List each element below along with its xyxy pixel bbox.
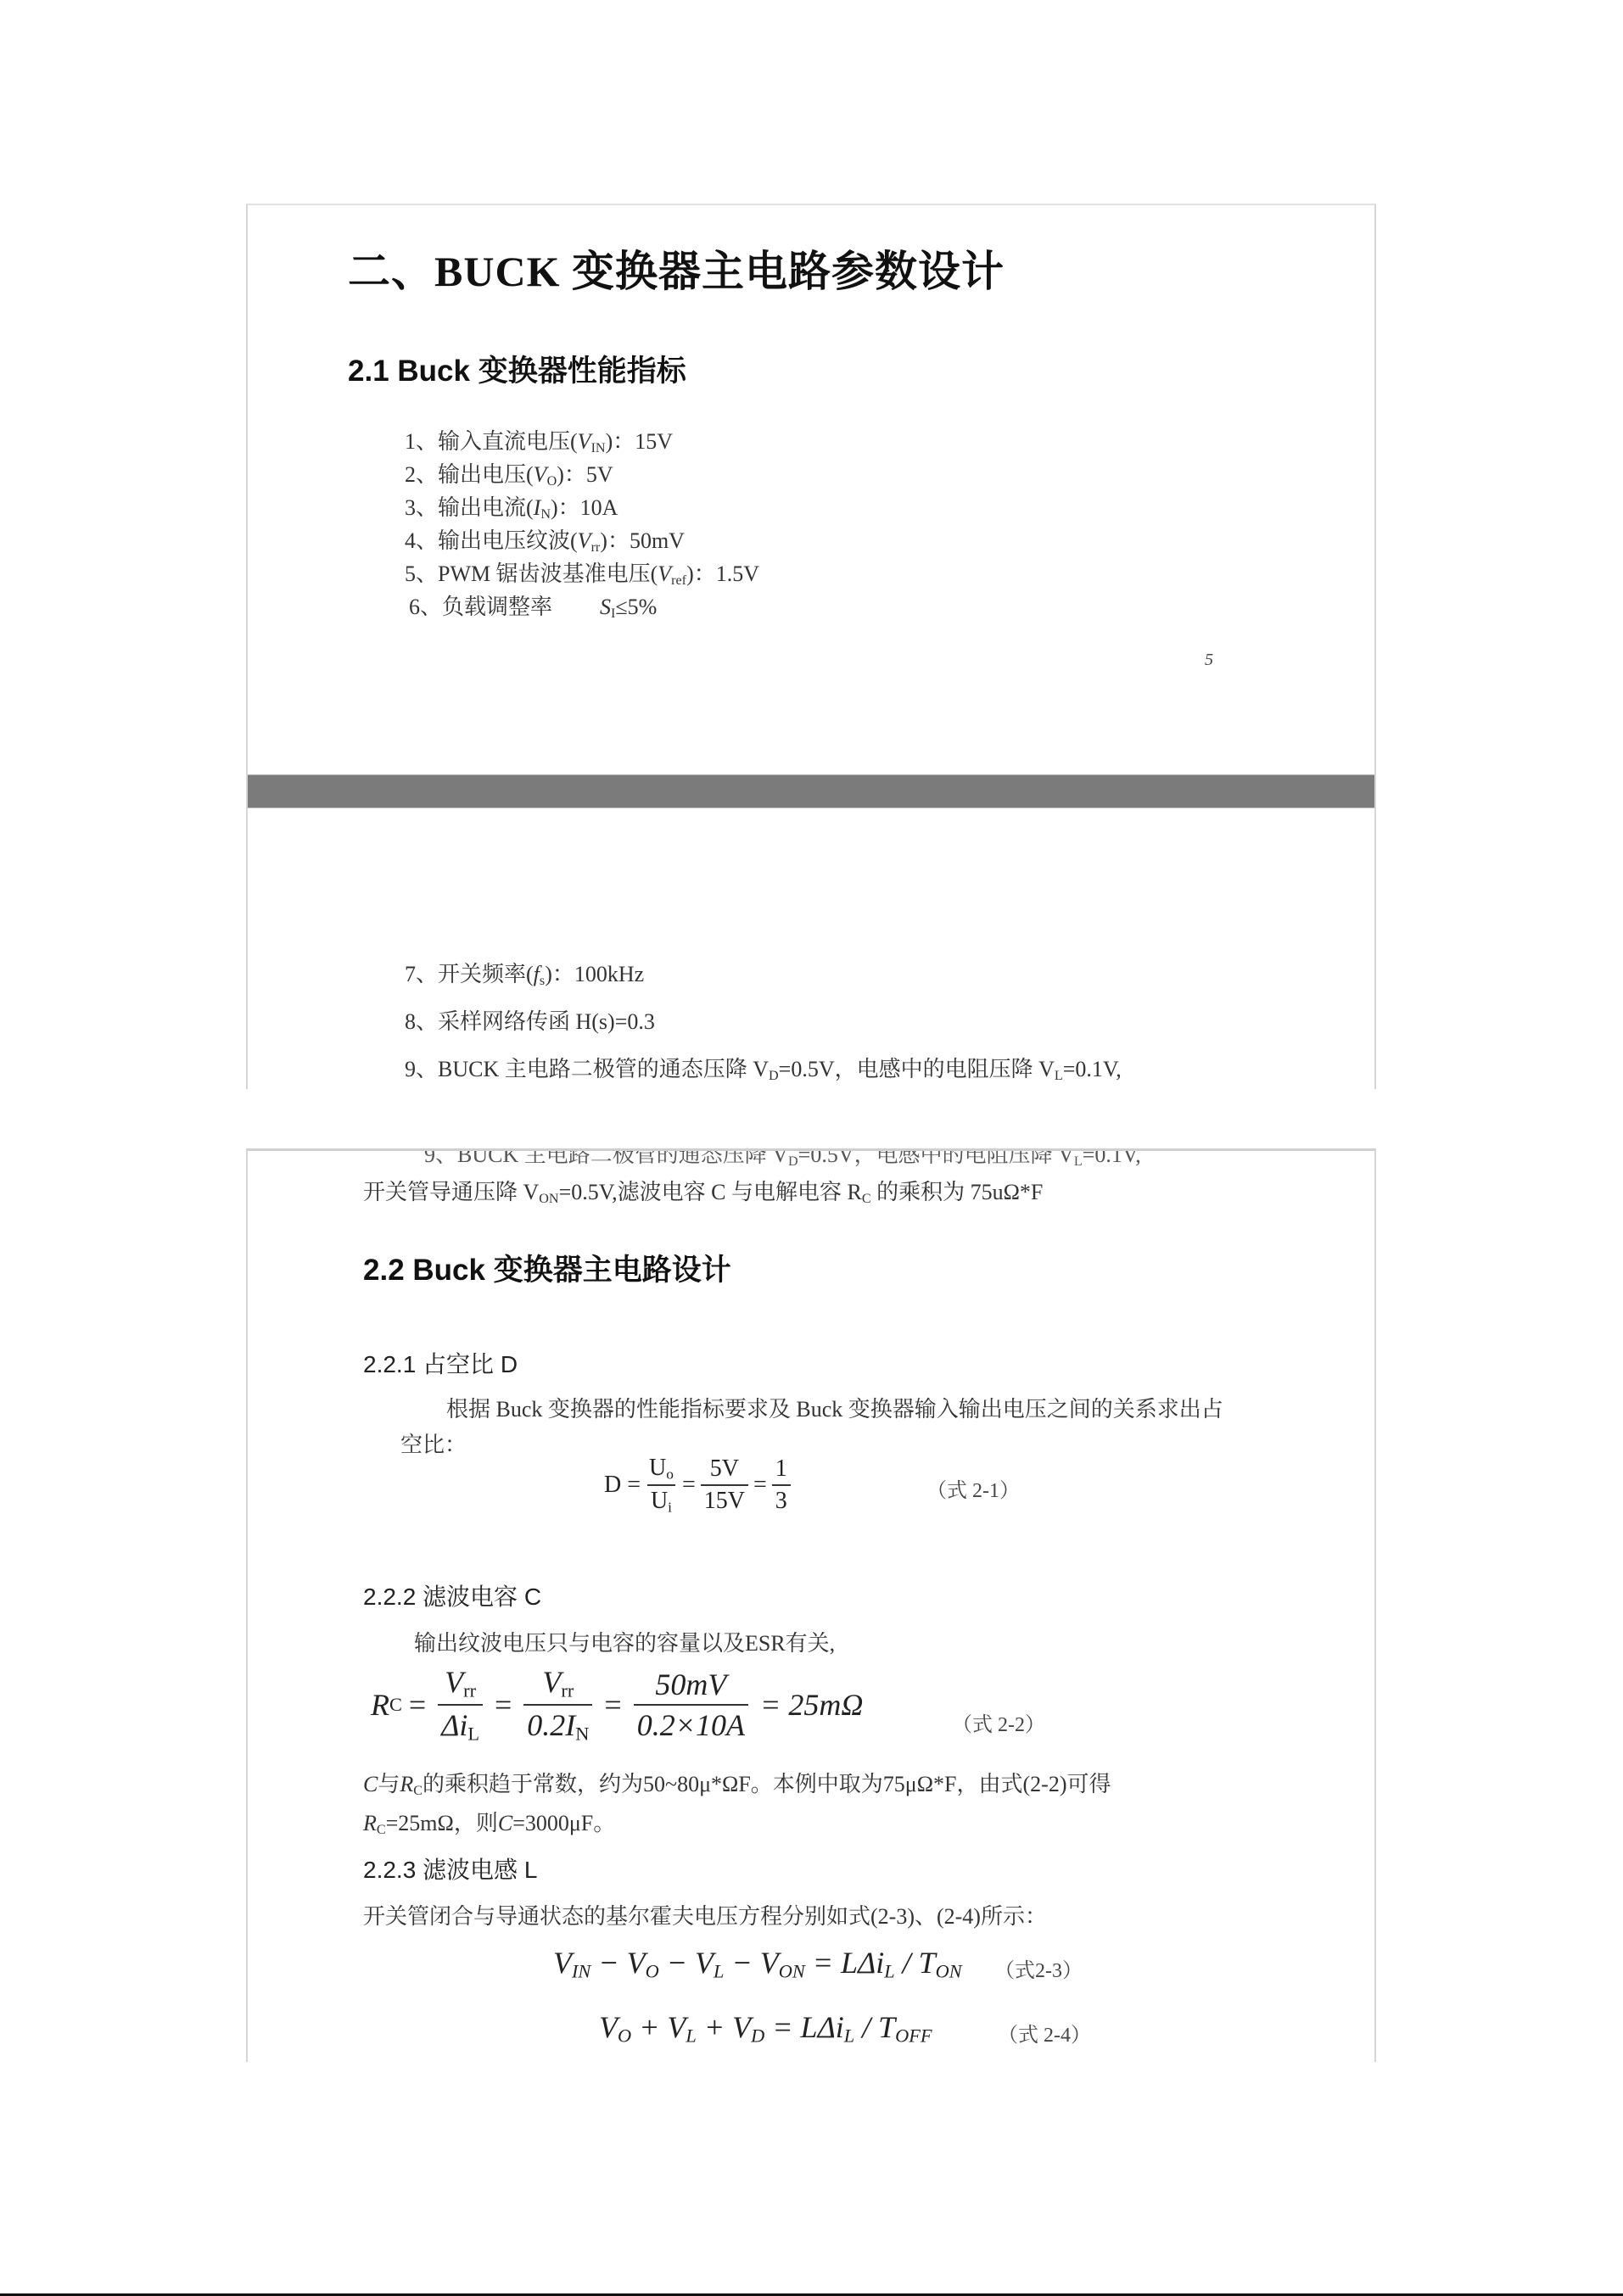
spec-item-cut: 9、BUCK 主电路二极管的通态压降 VD=0.5V，电感中的电阻压降 VL=0… xyxy=(424,1148,1141,1170)
spec-item: 6、负载调整率SI≤5% xyxy=(409,589,657,622)
fraction: VrrΔiL xyxy=(438,1664,483,1745)
spec-item: 7、开关频率(fs)：100kHz xyxy=(405,957,644,989)
paragraph: C与RC的乘积趋于常数，约为50~80μ*ΩF。本例中取为75μΩ*F，由式(2… xyxy=(363,1767,1111,1799)
fraction: 50mV0.2×10A xyxy=(634,1667,748,1743)
page-separator-bar xyxy=(248,774,1374,808)
equation-2-3: VIN − VO − VL − VON = LΔiL / TON xyxy=(553,1945,962,1983)
equation-label: （式 2-2） xyxy=(952,1707,1045,1737)
spec-item: 1、输入直流电压(VIN)：15V xyxy=(405,424,673,456)
section-heading-2-1: 2.1 Buck 变换器性能指标 xyxy=(348,348,686,390)
section-heading-2-2: 2.2 Buck 变换器主电路设计 xyxy=(363,1247,731,1289)
fraction: Vrr0.2IN xyxy=(523,1664,592,1745)
page-number: 5 xyxy=(1205,651,1213,670)
paragraph: 开关管闭合与导通状态的基尔霍夫电压方程分别如式(2-3)、(2-4)所示： xyxy=(363,1899,1047,1930)
fraction: UoUi xyxy=(646,1455,677,1517)
spec-item: 2、输出电压(VO)：5V xyxy=(405,457,613,489)
equation-label: （式 2-4） xyxy=(998,2018,1091,2047)
spec-item: 5、PWM 锯齿波基准电压(Vref)：1.5V xyxy=(405,556,759,589)
paragraph: 空比： xyxy=(400,1427,467,1459)
equation-2-2: RC = VrrΔiL = Vrr0.2IN = 50mV0.2×10A = 2… xyxy=(371,1664,863,1745)
fraction: 5V15V xyxy=(701,1455,748,1515)
equation-label: （式2-3） xyxy=(994,1953,1083,1983)
paragraph: 根据 Buck 变换器的性能指标要求及 Buck 变换器输入输出电压之间的关系求… xyxy=(446,1392,1223,1423)
spec-item: 4、输出电压纹波(Vrr)：50mV xyxy=(405,523,685,556)
document-page-6: 9、BUCK 主电路二极管的通态压降 VD=0.5V，电感中的电阻压降 VL=0… xyxy=(246,1148,1376,2062)
equation-label: （式 2-1） xyxy=(926,1473,1020,1503)
equation-2-1: D = UoUi = 5V15V = 13 xyxy=(604,1455,796,1517)
fraction: 13 xyxy=(772,1455,791,1515)
spec-item-continuation: 开关管导通压降 VON=0.5V,滤波电容 C 与电解电容 RC 的乘积为 75… xyxy=(363,1175,1043,1207)
document-page-5: 二、BUCK 变换器主电路参数设计 2.1 Buck 变换器性能指标 1、输入直… xyxy=(246,204,1376,1089)
paragraph: RC=25mΩ，则C=3000μF。 xyxy=(363,1806,615,1838)
spec-item: 3、输出电流(IN)：10A xyxy=(405,490,618,522)
paragraph: 输出纹波电压只与电容的容量以及ESR有关, xyxy=(414,1626,835,1657)
equation-2-4: VO + VL + VD = LΔiL / TOFF xyxy=(599,2009,932,2047)
spec-item: 9、BUCK 主电路二极管的通态压降 VD=0.5V，电感中的电阻压降 VL=0… xyxy=(405,1052,1122,1084)
spec-item: 8、采样网络传函 H(s)=0.3 xyxy=(405,1004,655,1036)
subsection-heading-2-2-2: 2.2.2 滤波电容 C xyxy=(363,1578,541,1612)
chapter-title: 二、BUCK 变换器主电路参数设计 xyxy=(348,237,1005,299)
subsection-heading-2-2-3: 2.2.3 滤波电感 L xyxy=(363,1852,537,1885)
subsection-heading-2-2-1: 2.2.1 占空比 D xyxy=(363,1346,518,1380)
